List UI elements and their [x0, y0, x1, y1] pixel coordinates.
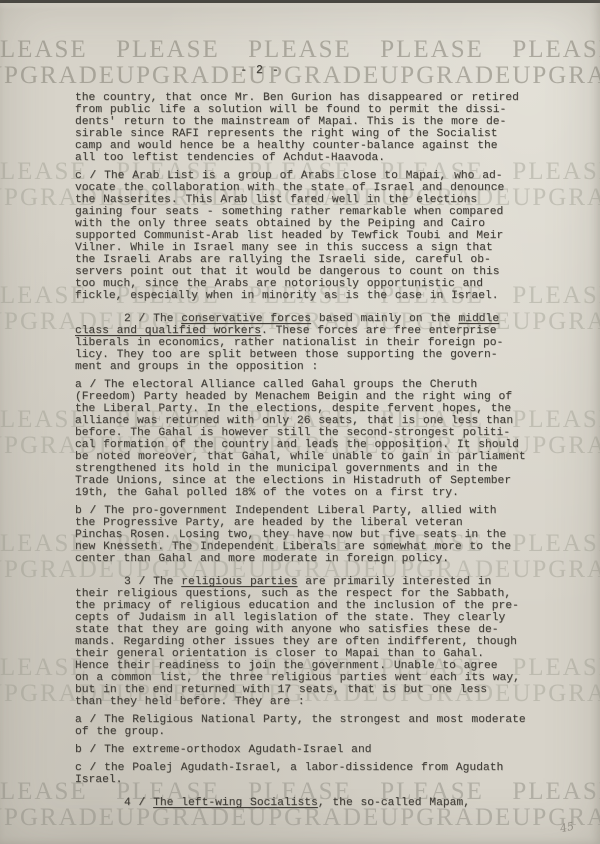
text-line: their general orientation is closer to M…	[75, 648, 543, 660]
scanned-document-page: PLEASEPLEASEPLEASEPLEASEPLEASEUPGRADEUPG…	[0, 0, 600, 844]
text-line: Israel.	[75, 774, 543, 786]
text-line: mands. Regarding other issues they are o…	[75, 636, 543, 648]
text-line: vocate the collaboration with the state …	[75, 182, 543, 194]
watermark-text: UPGRADE	[512, 62, 600, 90]
watermark-text: UPGRADE	[0, 62, 116, 90]
underlined-phrase: The left-wing Socialists	[153, 797, 318, 809]
paragraph: b / The pro-government Independent Liber…	[75, 505, 543, 565]
text-line: the Israeli Arabs are rallying the Israe…	[75, 254, 543, 266]
text-line: Pinchas Rosen. Losing two, they have now…	[75, 529, 543, 541]
text-line: of the group.	[75, 726, 543, 738]
text-line: fickle, especially when in minority as i…	[75, 290, 543, 302]
paragraph: the country, that once Mr. Ben Gurion ha…	[75, 92, 543, 164]
text-line: strengthened its hold in the municipal g…	[75, 463, 543, 475]
underlined-phrase: middle	[458, 313, 499, 325]
section-paragraph: 4 / The left-wing Socialists, the so-cal…	[75, 797, 543, 809]
text-line: their religious questions, such as the r…	[75, 588, 543, 600]
text-line: liberals in economics, rather nationalis…	[75, 337, 543, 349]
text-line: from public life a solution will be foun…	[75, 104, 543, 116]
text-line: Vilner. While in Israel many see in this…	[75, 242, 543, 254]
paragraph: a / The electoral Alliance called Gahal …	[75, 379, 543, 499]
text-line: 2 / The conservative forces based mainly…	[75, 313, 543, 325]
text-line: cepts of Judaism in all legislation of t…	[75, 612, 543, 624]
watermark-text: UPGRADE	[380, 62, 512, 90]
paragraph: c / the Poalej Agudath-Israel, a labor-d…	[75, 762, 543, 786]
text-line: Hence their readiness to join the govern…	[75, 660, 543, 672]
text-line: camp and would hence be a healthy counte…	[75, 140, 543, 152]
text-line: state that they are going with anyone wh…	[75, 624, 543, 636]
text-line: the Nasserites. This Arab list fared wel…	[75, 194, 543, 206]
text-line: licy. They too are split between those s…	[75, 349, 543, 361]
text-line: Trade Unions, since at the elections in …	[75, 475, 543, 487]
underlined-phrase: conservative forces	[181, 313, 311, 325]
text-line: a / The Religious National Party, the st…	[75, 714, 543, 726]
watermark-text: PLEASE	[248, 36, 352, 64]
text-line: 4 / The left-wing Socialists, the so-cal…	[75, 797, 543, 809]
text-line: 19th, the Gahal polled 18% of the votes …	[75, 487, 543, 499]
page-number: - 2 -	[190, 64, 330, 77]
text-line: the Liberal Party. In the elections, des…	[75, 403, 543, 415]
watermark-row: PLEASEPLEASEPLEASEPLEASEPLEASE	[0, 36, 600, 64]
text-line: 3 / The religious parties are primarily …	[75, 576, 543, 588]
text-line: the Progressive Party, are headed by the…	[75, 517, 543, 529]
text-line: than they held before. They are :	[75, 696, 543, 708]
text-line: the country, that once Mr. Ben Gurion ha…	[75, 92, 543, 104]
text-line: c / The Arab List is a group of Arabs cl…	[75, 170, 543, 182]
text-line: supported Communist-Arab list headed by …	[75, 230, 543, 242]
text-line: the primacy of religious education and t…	[75, 600, 543, 612]
watermark-text: PLEASE	[512, 36, 600, 64]
text-line: b / The extreme-orthodox Agudath-Israel …	[75, 744, 543, 756]
text-line: before. The Gahal is however still the s…	[75, 427, 543, 439]
text-line: center than Gahal and more moderate in f…	[75, 553, 543, 565]
text-line: dents' return to the mainstream of Mapai…	[75, 116, 543, 128]
watermark-text: PLEASE	[380, 36, 484, 64]
text-line: gaining four seats - something rather re…	[75, 206, 543, 218]
section-paragraph: 2 / The conservative forces based mainly…	[75, 313, 543, 373]
paragraph: a / The Religious National Party, the st…	[75, 714, 543, 738]
text-line: c / the Poalej Agudath-Israel, a labor-d…	[75, 762, 543, 774]
text-line: sirable since RAFI represents the right …	[75, 128, 543, 140]
document-body: the country, that once Mr. Ben Gurion ha…	[75, 92, 543, 815]
paragraph: b / The extreme-orthodox Agudath-Israel …	[75, 744, 543, 756]
underlined-phrase: class and qualified workers	[75, 325, 261, 337]
text-line: b / The pro-government Independent Liber…	[75, 505, 543, 517]
watermark-text: PLEASE	[0, 36, 88, 64]
text-line: (Freedom) Party headed by Menachem Beigi…	[75, 391, 543, 403]
text-line: on a common list, the three religious pa…	[75, 672, 543, 684]
handwritten-mark: 45	[559, 820, 575, 836]
text-line: class and qualified workers. These force…	[75, 325, 543, 337]
text-line: ment and groups in the opposition :	[75, 361, 543, 373]
section-paragraph: 3 / The religious parties are primarily …	[75, 576, 543, 708]
paragraph: c / The Arab List is a group of Arabs cl…	[75, 170, 543, 302]
text-line: alliance was returned with only 26 seats…	[75, 415, 543, 427]
watermark-text: PLEASE	[116, 36, 220, 64]
text-line: but in the end returned with 17 seats, t…	[75, 684, 543, 696]
text-line: new Knesseth. The Independent Liberals a…	[75, 541, 543, 553]
text-line: too much, since the Arabs are notoriousl…	[75, 278, 543, 290]
text-line: a / The electoral Alliance called Gahal …	[75, 379, 543, 391]
text-line: all too leftist tendencies of Achdut-Haa…	[75, 152, 543, 164]
underlined-phrase: religious parties	[181, 576, 297, 588]
text-line: servers point out that it would be dange…	[75, 266, 543, 278]
text-line: cal formation of the country and leads t…	[75, 439, 543, 451]
text-line: be noted moreover, that Gahal, while una…	[75, 451, 543, 463]
text-line: with the only three seats obtained by th…	[75, 218, 543, 230]
